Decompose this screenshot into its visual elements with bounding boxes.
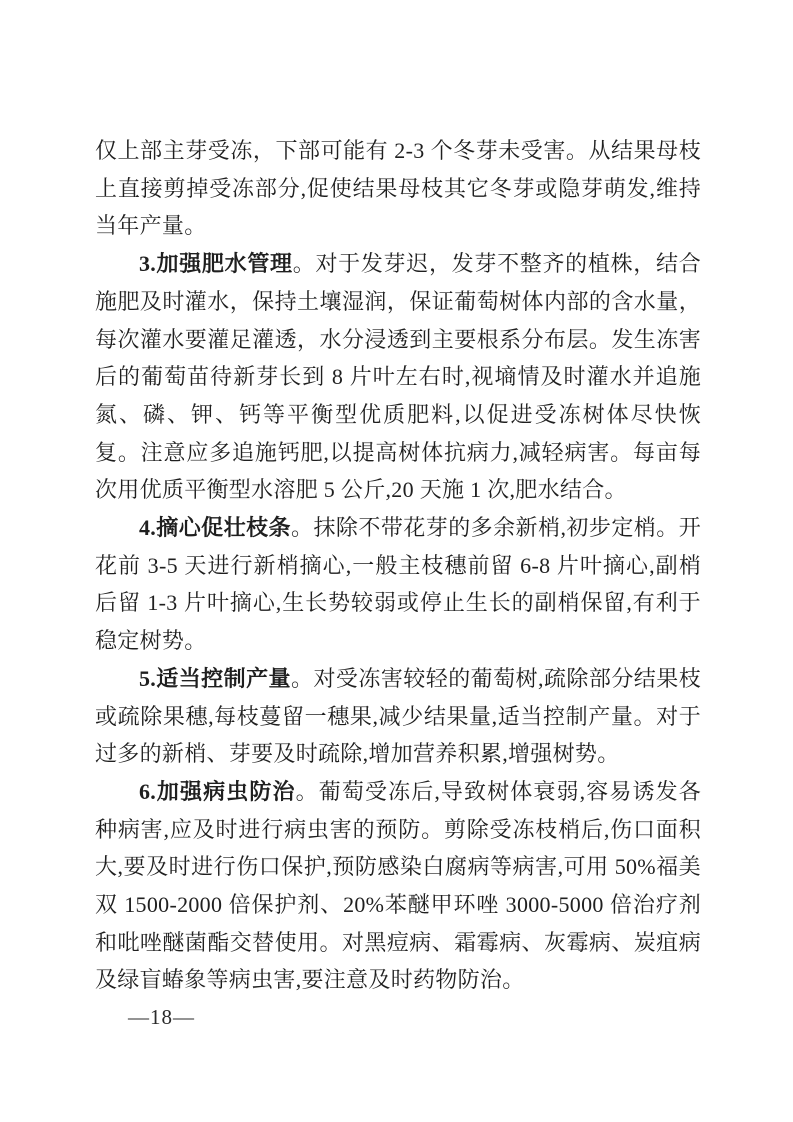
section-heading: 6.加强病虫防治 <box>139 779 296 804</box>
section-heading: 4.摘心促壮枝条 <box>139 515 291 540</box>
document-page: 仅上部主芽受冻，下部可能有 2-3 个冬芽未受害。从结果母枝上直接剪掉受冻部分,… <box>0 0 793 1122</box>
section-heading: 3.加强肥水管理 <box>139 251 293 276</box>
paragraph-continuation: 仅上部主芽受冻，下部可能有 2-3 个冬芽未受害。从结果母枝上直接剪掉受冻部分,… <box>95 132 701 245</box>
section-heading: 5.适当控制产量 <box>139 666 291 691</box>
paragraph-section-5: 5.适当控制产量。对受冻害较轻的葡萄树,疏除部分结果枝或疏除果穗,每枝蔓留一穗果… <box>95 660 701 773</box>
paragraph-text: 。葡萄受冻后,导致树体衰弱,容易诱发各种病害,应及时进行病虫害的预防。剪除受冻枝… <box>95 779 701 993</box>
paragraph-text: 仅上部主芽受冻，下部可能有 2-3 个冬芽未受害。从结果母枝上直接剪掉受冻部分,… <box>95 138 701 238</box>
paragraph-section-3: 3.加强肥水管理。对于发芽迟，发芽不整齐的植株，结合施肥及时灌水，保持土壤湿润，… <box>95 245 701 509</box>
paragraph-section-4: 4.摘心促壮枝条。抹除不带花芽的多余新梢,初步定梢。开花前 3-5 天进行新梢摘… <box>95 509 701 660</box>
document-body: 仅上部主芽受冻，下部可能有 2-3 个冬芽未受害。从结果母枝上直接剪掉受冻部分,… <box>95 132 701 999</box>
paragraph-section-6: 6.加强病虫防治。葡萄受冻后,导致树体衰弱,容易诱发各种病害,应及时进行病虫害的… <box>95 773 701 999</box>
paragraph-text: 。对于发芽迟，发芽不整齐的植株，结合施肥及时灌水，保持土壤湿润，保证葡萄树体内部… <box>95 251 701 502</box>
page-number: —18— <box>128 1005 195 1030</box>
